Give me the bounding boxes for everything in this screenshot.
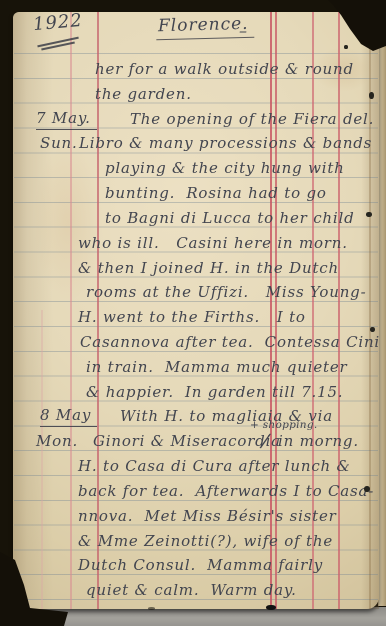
year-label: 1922 — [32, 10, 83, 35]
journal-line-16: Mon.Ginori & Miseracordia+ shopping./in … — [0, 429, 386, 454]
journal-line-18: back for tea. Afterwards I to Casa- — [0, 479, 386, 504]
ink-speck — [370, 327, 375, 332]
handwritten-text: Casannova after tea. Contessa Cini — [80, 330, 380, 355]
handwritten-text: The opening of the Fiera del. — [130, 107, 374, 132]
journal-line-9: & then I joined H. in the Dutch — [0, 256, 386, 281]
handwritten-text: quiet & calm. Warm day. — [86, 578, 297, 603]
heading-dash: – — [239, 21, 247, 40]
ink-speck — [266, 605, 276, 610]
handwritten-text: & then I joined H. in the Dutch — [78, 256, 339, 281]
journal-line-12: Casannova after tea. Contessa Cini — [0, 330, 386, 355]
ink-speck — [369, 92, 374, 99]
handwritten-text: Ginori & Miseracordia — [93, 429, 281, 454]
handwritten-text: to Bagni di Lucca to her child — [105, 206, 354, 231]
journal-line-11: H. went to the Firths. I to — [0, 305, 386, 330]
handwritten-text: in morng. — [278, 429, 359, 454]
journal-line-20: & Mme Zeinotti(?), wife of the — [0, 529, 386, 554]
journal-line-17: H. to Casa di Cura after lunch & — [0, 454, 386, 479]
handwritten-text: bunting. Rosina had to go — [105, 181, 327, 206]
handwritten-text: H. to Casa di Cura after lunch & — [78, 454, 351, 479]
journal-line-2: the garden. — [0, 82, 386, 107]
journal-line-3: 7 May.The opening of the Fiera del. — [0, 107, 386, 132]
handwritten-text: her for a walk outside & round — [95, 57, 354, 82]
journal-line-8: who is ill. Casini here in morn. — [0, 231, 386, 256]
handwritten-text: & happier. In garden till 7.15. — [86, 380, 343, 405]
ink-speck — [344, 45, 348, 49]
entry-date-label: 8 May — [40, 404, 97, 427]
journal-line-1: her for a walk outside & round — [0, 57, 386, 82]
journal-line-5: playing & the city hung with — [0, 156, 386, 181]
journal-line-14: & happier. In garden till 7.15. — [0, 380, 386, 405]
handwritten-text: Libro & many processions & bands — [79, 131, 372, 156]
journal-line-22: quiet & calm. Warm day. — [0, 578, 386, 603]
handwritten-text: & Mme Zeinotti(?), wife of the — [78, 529, 333, 554]
journal-line-21: Dutch Consul. Mamma fairly — [0, 553, 386, 578]
handwritten-text: who is ill. Casini here in morn. — [78, 231, 348, 256]
handwritten-text: rooms at the Uffizi. Miss Young- — [86, 280, 366, 305]
journal-line-19: nnova. Met Miss Bésir's sister — [0, 504, 386, 529]
ink-speck — [148, 607, 155, 610]
handwritten-text: playing & the city hung with — [105, 156, 345, 181]
handwritten-text: in train. Mamma much quieter — [86, 355, 348, 380]
entry-date-label: 7 May. — [36, 107, 97, 130]
handwritten-text: the garden. — [95, 82, 192, 107]
journal-line-10: rooms at the Uffizi. Miss Young- — [0, 280, 386, 305]
journal-line-6: bunting. Rosina had to go — [0, 181, 386, 206]
ink-speck — [364, 486, 370, 492]
ink-speck — [366, 212, 372, 217]
journal-line-7: to Bagni di Lucca to her child — [0, 206, 386, 231]
handwritten-text: Mon. — [36, 429, 78, 454]
scanned-diary-page: 1922 Florence. – her for a walk outside … — [0, 0, 386, 626]
journal-line-4: Sun.Libro & many processions & bands — [0, 131, 386, 156]
handwritten-text: Dutch Consul. Mamma fairly — [78, 553, 323, 578]
handwritten-text: back for tea. Afterwards I to Casa- — [78, 479, 374, 504]
handwritten-text: nnova. Met Miss Bésir's sister — [78, 504, 337, 529]
handwritten-text: H. went to the Firths. I to — [78, 305, 306, 330]
handwritten-text: Sun. — [40, 131, 78, 156]
journal-line-13: in train. Mamma much quieter — [0, 355, 386, 380]
journal-line-15: 8 MayWith H. to magliaia & via — [0, 404, 386, 429]
